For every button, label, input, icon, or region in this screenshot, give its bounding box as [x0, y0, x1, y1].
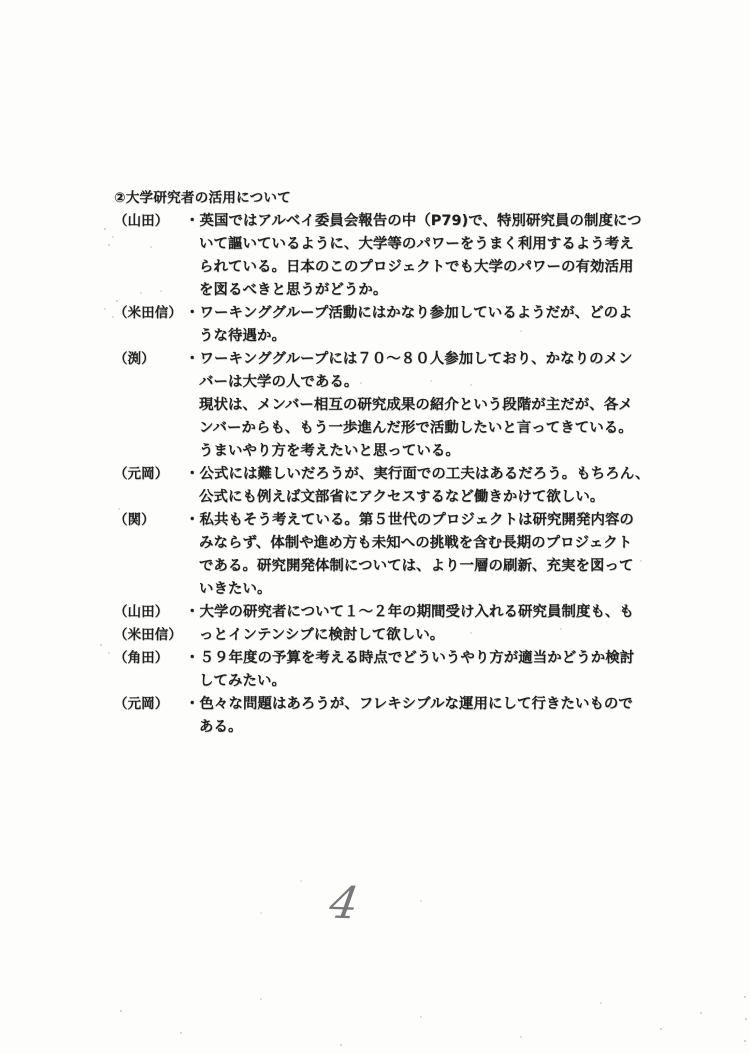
speech-line: してみたい。: [185, 670, 659, 693]
speaker-name: （渕）: [114, 348, 185, 371]
dialogue-list: （山田）・英国ではアルベイ委員会報告の中（P79)で、特別研究員の制度について謳…: [114, 210, 659, 739]
speech-lines: ・公式には難しいだろうが、実行面での工夫はあるだろう。もちろん、公式にも例えば文…: [185, 463, 659, 509]
speech-line: っとインテンシブに検討して欲しい。: [185, 624, 659, 647]
dialogue-entry: （山田）・英国ではアルベイ委員会報告の中（P79)で、特別研究員の制度について謳…: [114, 210, 659, 302]
speaker-name: （山田）: [114, 210, 185, 233]
speech-line: 現状は、メンバー相互の研究成果の紹介という段階が主だが、各メ: [185, 394, 659, 417]
speech-line: られている。日本のこのプロジェクトでも大学のパワーの有効活用: [185, 256, 659, 279]
speech-line: ・ワーキンググループ活動にはかなり参加しているようだが、どのよ: [185, 302, 659, 325]
dialogue-entry: （元岡）・色々な問題はあろうが、フレキシブルな運用にして行きたいものである。: [114, 693, 659, 739]
speech-line: うまいやり方を考えたいと思っている。: [185, 440, 659, 463]
dialogue-entry: （山田）（米田信）・大学の研究者について１～２年の期間受け入れる研究員制度も、も…: [114, 601, 659, 647]
speech-line: ・ワーキンググループには７０～８０人参加しており、かなりのメン: [185, 348, 659, 371]
speech-line: である。研究開発体制については、より一層の刷新、充実を図って: [185, 555, 659, 578]
speech-line: ・公式には難しいだろうが、実行面での工夫はあるだろう。もちろん、: [185, 463, 659, 486]
section-heading: ②大学研究者の活用について: [114, 186, 659, 210]
dialogue-entry: （元岡）・公式には難しいだろうが、実行面での工夫はあるだろう。もちろん、公式にも…: [114, 463, 659, 509]
speaker-names: （山田）: [114, 210, 185, 233]
dialogue-entry: （関）・私共もそう考えている。第５世代のプロジェクトは研究開発内容のみならず、体…: [114, 509, 659, 601]
speaker-name: （米田信）: [114, 624, 185, 647]
speech-line: ・大学の研究者について１～２年の期間受け入れる研究員制度も、も: [185, 601, 659, 624]
scanned-document-page: ②大学研究者の活用について （山田）・英国ではアルベイ委員会報告の中（P79)で…: [0, 0, 750, 1054]
speech-line: ある。: [185, 716, 659, 739]
speech-line: ンバーからも、もう一歩進んだ形で活動したいと言ってきている。: [185, 417, 659, 440]
speech-lines: ・英国ではアルベイ委員会報告の中（P79)で、特別研究員の制度について謳いている…: [185, 210, 659, 302]
speech-lines: ・ワーキンググループ活動にはかなり参加しているようだが、どのような待遇か。: [185, 302, 659, 348]
speech-lines: ・ワーキンググループには７０～８０人参加しており、かなりのメンバーは大学の人であ…: [185, 348, 659, 463]
speech-line: ・５９年度の予算を考える時点でどういうやり方が適当かどうか検討: [185, 647, 659, 670]
handwritten-page-number: 4: [326, 878, 362, 930]
speaker-names: （米田信）: [114, 302, 185, 325]
speaker-name: （米田信）: [114, 302, 185, 325]
minutes-content: ②大学研究者の活用について （山田）・英国ではアルベイ委員会報告の中（P79)で…: [114, 186, 659, 739]
speech-line: ・私共もそう考えている。第５世代のプロジェクトは研究開発内容の: [185, 509, 659, 532]
speaker-names: （元岡）: [114, 693, 185, 716]
speaker-names: （山田）（米田信）: [114, 601, 185, 647]
speech-line: いて謳いているように、大学等のパワーをうまく利用するよう考え: [185, 233, 659, 256]
scan-noise-bottom: [0, 0, 2, 2]
speech-line: ・色々な問題はあろうが、フレキシブルな運用にして行きたいもので: [185, 693, 659, 716]
speech-line: 公式にも例えば文部省にアクセスするなど働きかけて欲しい。: [185, 486, 659, 509]
dialogue-entry: （米田信）・ワーキンググループ活動にはかなり参加しているようだが、どのような待遇…: [114, 302, 659, 348]
speaker-names: （元岡）: [114, 463, 185, 486]
speech-lines: ・色々な問題はあろうが、フレキシブルな運用にして行きたいものである。: [185, 693, 659, 739]
speech-line: バーは大学の人である。: [185, 371, 659, 394]
dialogue-entry: （渕）・ワーキンググループには７０～８０人参加しており、かなりのメンバーは大学の…: [114, 348, 659, 463]
speech-line: みならず、体制や進め方も未知への挑戦を含む長期のプロジェクト: [185, 532, 659, 555]
speaker-name: （関）: [114, 509, 185, 532]
speech-lines: ・５９年度の予算を考える時点でどういうやり方が適当かどうか検討してみたい。: [185, 647, 659, 693]
speaker-name: （元岡）: [114, 693, 185, 716]
speaker-names: （関）: [114, 509, 185, 532]
speaker-name: （角田）: [114, 647, 185, 670]
speech-lines: ・大学の研究者について１～２年の期間受け入れる研究員制度も、もっとインテンシブに…: [185, 601, 659, 647]
speech-line: うな待遇か。: [185, 325, 659, 348]
speech-line: いきたい。: [185, 578, 659, 601]
dialogue-entry: （角田）・５９年度の予算を考える時点でどういうやり方が適当かどうか検討してみたい…: [114, 647, 659, 693]
speaker-name: （元岡）: [114, 463, 185, 486]
speaker-name: （山田）: [114, 601, 185, 624]
speaker-names: （角田）: [114, 647, 185, 670]
speech-line: ・英国ではアルベイ委員会報告の中（P79)で、特別研究員の制度につ: [185, 210, 659, 233]
speaker-names: （渕）: [114, 348, 185, 371]
speech-lines: ・私共もそう考えている。第５世代のプロジェクトは研究開発内容のみならず、体制や進…: [185, 509, 659, 601]
speech-line: を図るべきと思うがどうか。: [185, 279, 659, 302]
